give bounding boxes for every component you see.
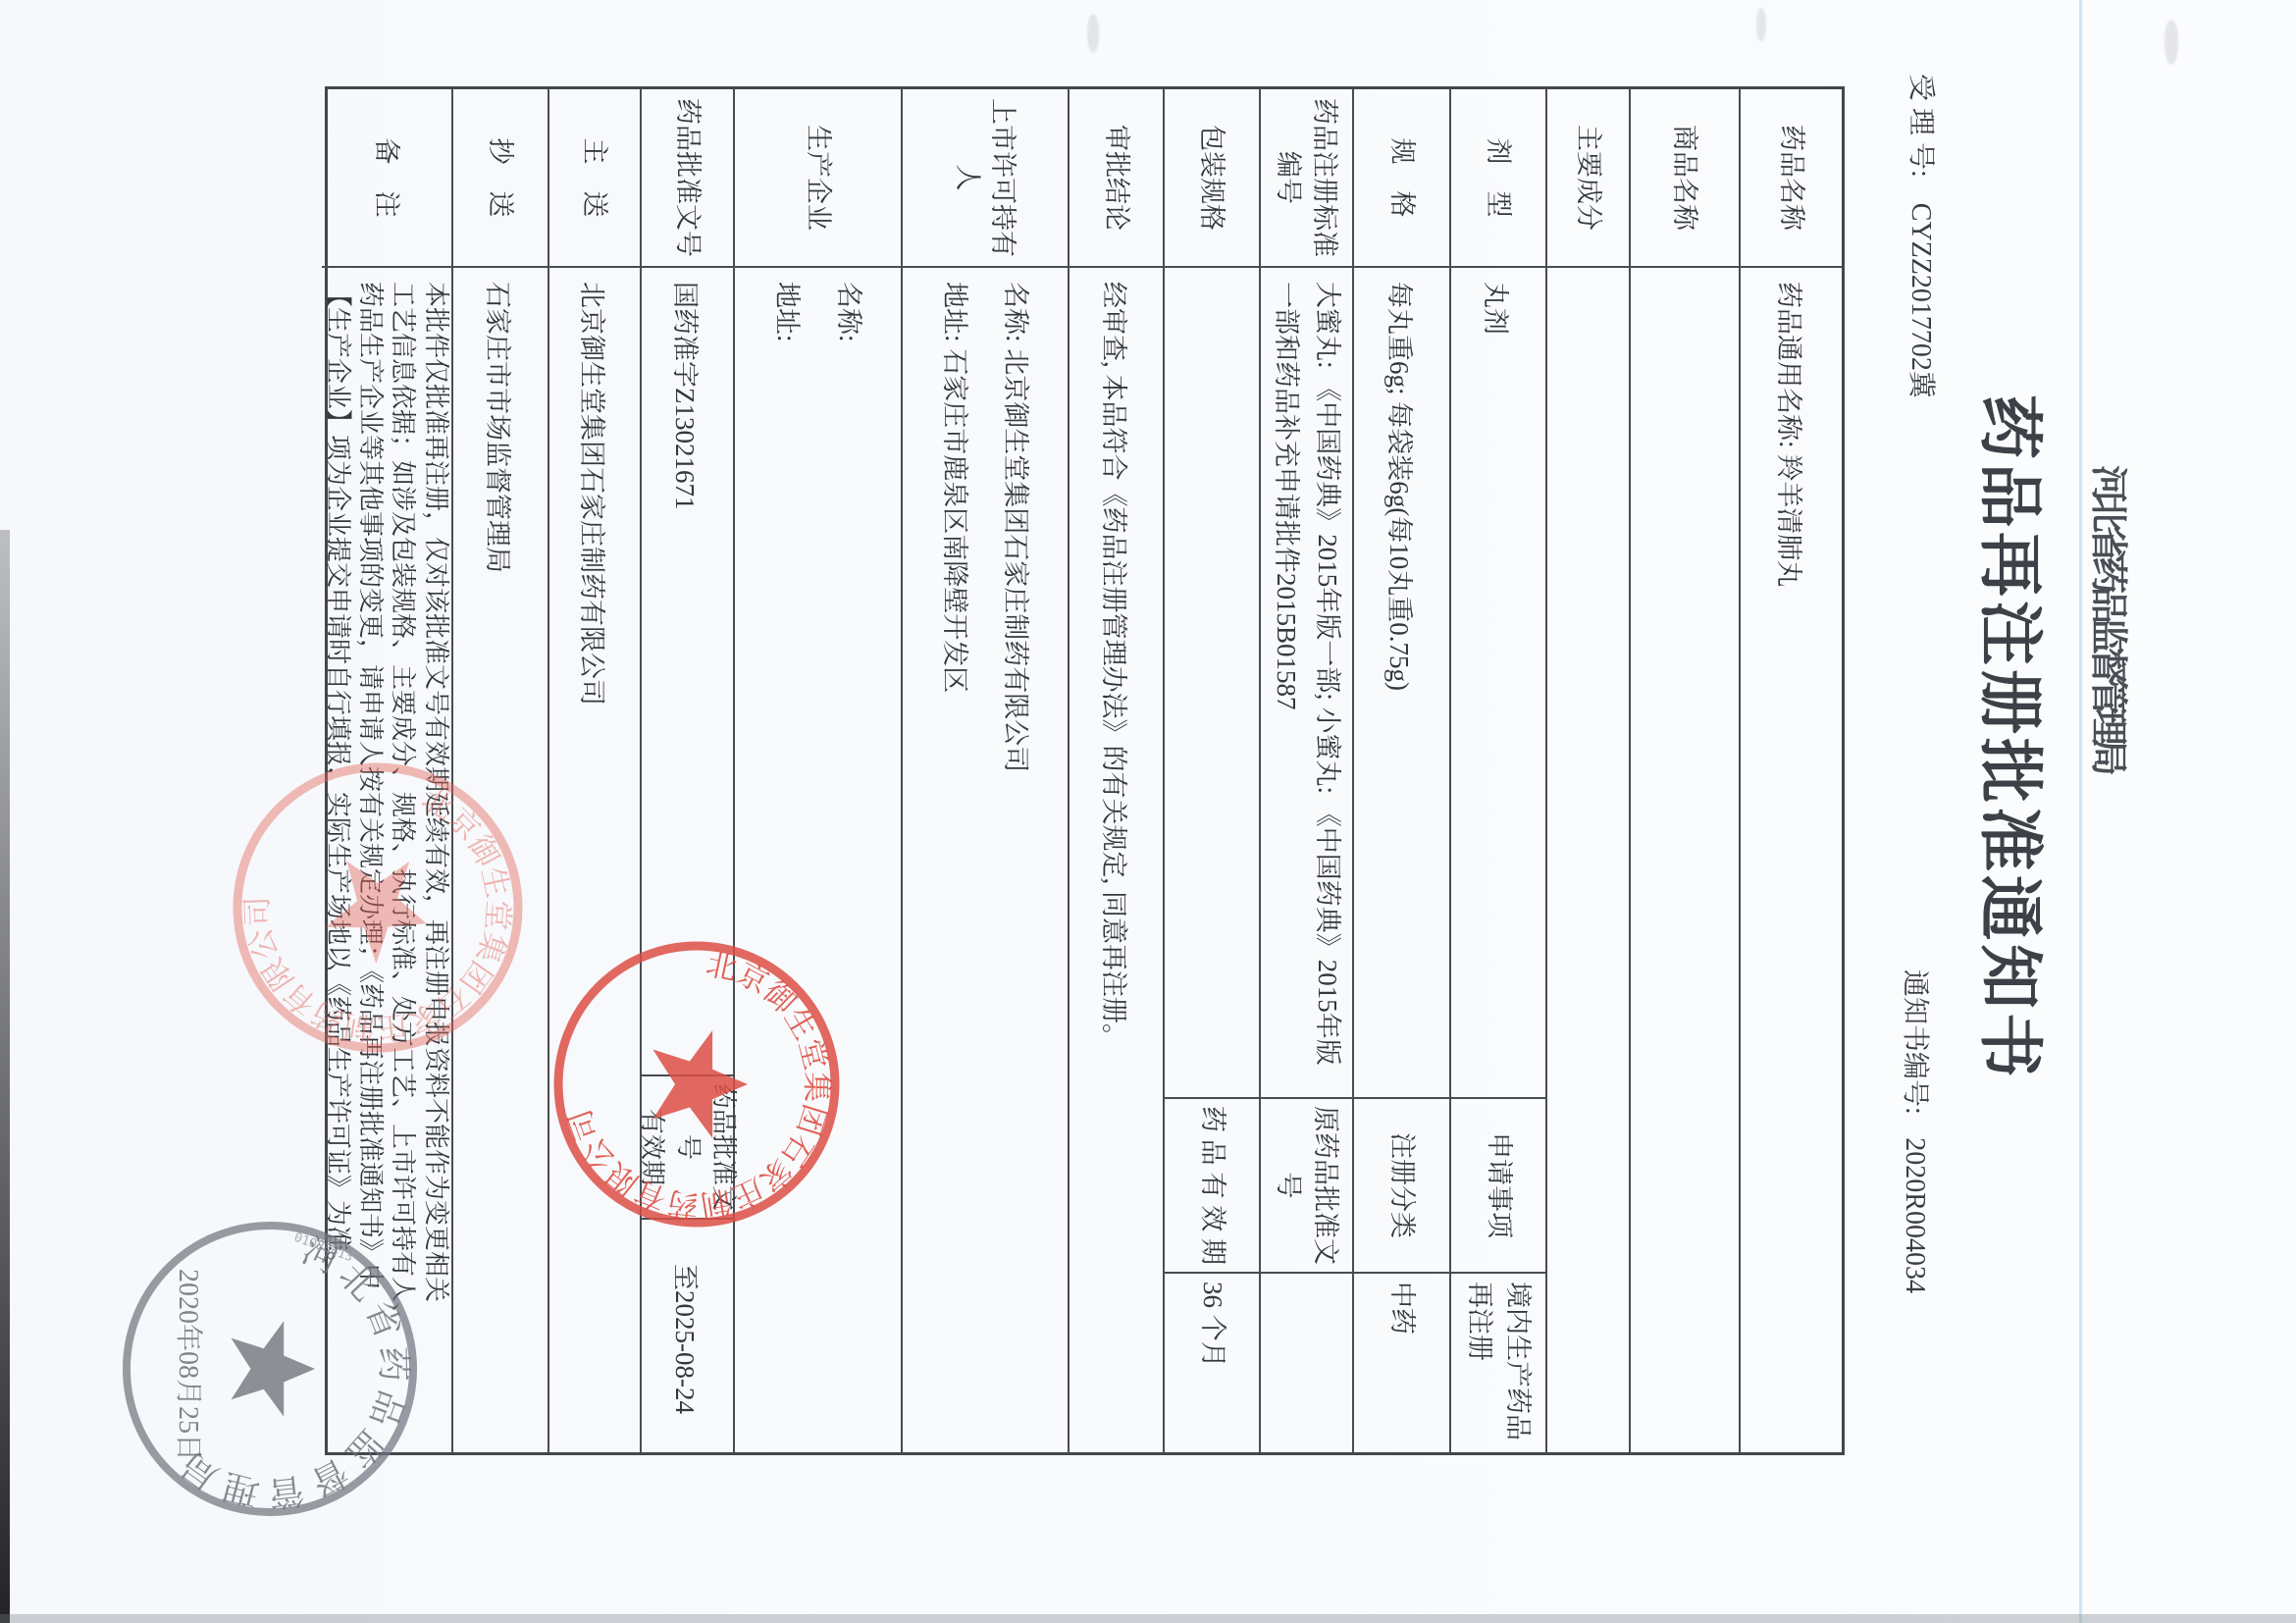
manufacturer-name: 名称:: [818, 282, 879, 342]
bureau-seal-date: 2020年08月25日: [173, 1269, 204, 1461]
row-label: 备 注: [322, 89, 451, 268]
row-label: 剂 型: [1451, 89, 1545, 268]
license-holder-value: 名称: 北京御生堂集团石家庄制药有限公司 地址: 石家庄市鹿泉区南降壁开发区: [903, 268, 1068, 1458]
row-label: 主要成分: [1547, 89, 1629, 268]
star-icon: [652, 1030, 748, 1138]
row-label: 包装规格: [1165, 89, 1259, 268]
holder-address: 地址: 石家庄市鹿泉区南降壁开发区: [924, 282, 985, 693]
registration-class-value: 中药: [1354, 1274, 1449, 1458]
manufacturer-value: 名称: 地址:: [735, 268, 901, 1458]
registration-class-label: 注册分类: [1354, 1097, 1449, 1274]
scan-artifact-streak: [2079, 0, 2082, 1623]
specification-value: 每丸重6g; 每袋装6g(每10丸重0.75g): [1354, 268, 1449, 1097]
standard-number-value: 大蜜丸: 《中国药典》2015年版一部; 小蜜丸: 《中国药典》2015年版一部…: [1261, 268, 1352, 1097]
application-item-label: 申请事项: [1451, 1097, 1545, 1274]
scan-artifact-smudge: [1087, 14, 1099, 53]
row-label: 规 格: [1354, 89, 1449, 268]
original-approval-number-value: [1261, 1274, 1352, 1458]
company-seal-stamp: 北京御生堂集团石家庄制药有限公司: [545, 932, 849, 1236]
table-row-approval-conclusion: 审批结论 经审查, 本品符合《药品注册管理办法》的有关规定, 同意再注册。: [1070, 89, 1165, 1452]
row-label: 上市许可持有人: [903, 89, 1068, 268]
row-label: 商品名称: [1631, 89, 1739, 268]
table-row-license-holder: 上市许可持有人 名称: 北京御生堂集团石家庄制药有限公司 地址: 石家庄市鹿泉区…: [903, 89, 1070, 1452]
table-row-package-spec: 包装规格 药 品 有 效 期 36 个月: [1165, 89, 1261, 1452]
trade-name-value: [1631, 268, 1739, 1458]
scan-artifact-right-edge: [0, 1614, 2296, 1623]
package-spec-value: [1165, 268, 1259, 1097]
star-icon: [320, 843, 444, 974]
notice-number-label: 通知书编号:: [1900, 969, 1930, 1115]
bureau-seal-stamp: 河北省药品监督管理局 2020年08月25日 01088613: [113, 1212, 427, 1526]
scan-artifact-smudge: [1756, 8, 1766, 41]
table-row-specification: 规 格 每丸重6g; 每袋装6g(每10丸重0.75g) 注册分类 中药: [1354, 89, 1451, 1452]
approval-number-validity-value: 至2025-08-24: [642, 1220, 733, 1458]
drug-generic-name: 药品通用名称: 羚羊清肺丸: [1741, 268, 1842, 1458]
scan-artifact-smudge: [2165, 20, 2178, 65]
acceptance-number-value: CYZZ2017702冀: [1905, 203, 1936, 398]
approval-conclusion-value: 经审查, 本品符合《药品注册管理办法》的有关规定, 同意再注册。: [1070, 268, 1163, 1458]
scan-artifact-bottom-edge: [0, 530, 10, 1623]
table-row-trade-name: 商品名称: [1631, 89, 1741, 1452]
document-title: 药品再注册批准通知书: [1969, 394, 2062, 1121]
row-label: 抄 送: [453, 89, 548, 268]
application-item-value: 境内生产药品再注册: [1451, 1274, 1545, 1458]
main-ingredients-value: [1547, 268, 1629, 1458]
main-recipient-value: 北京御生堂集团石家庄制药有限公司: [549, 268, 640, 1458]
table-row-standard-number: 药品注册标准编号 大蜜丸: 《中国药典》2015年版一部; 小蜜丸: 《中国药典…: [1261, 89, 1354, 1452]
row-label: 药品名称: [1741, 89, 1842, 268]
table-row-main-ingredients: 主要成分: [1547, 89, 1631, 1452]
registration-table: 药品名称 药品通用名称: 羚羊清肺丸 商品名称 主要成分 剂 型 丸剂 申请事项…: [325, 86, 1845, 1455]
table-row-approval-number: 药品批准文号 国药准字Z13021671 药品批准文号有效期 至2025-08-…: [642, 89, 735, 1452]
star-icon: [232, 1321, 316, 1416]
table-row-manufacturer: 生产企业 名称: 地址:: [735, 89, 903, 1452]
scanned-document-page: 河北省药品监督管理局 药品再注册批准通知书 受 理 号: CYZZ2017702…: [0, 0, 2296, 1623]
row-label: 主 送: [549, 89, 640, 268]
acceptance-number-label: 受 理 号:: [1905, 74, 1936, 178]
shelf-life-value: 36 个月: [1165, 1274, 1259, 1458]
table-row-cc-recipient: 抄 送 石家庄市市场监督管理局: [453, 89, 549, 1452]
holder-name: 名称: 北京御生堂集团石家庄制药有限公司: [985, 282, 1046, 772]
notice-number-line: 通知书编号: 2020R004034: [1898, 969, 1937, 1293]
row-label: 药品批准文号: [642, 89, 733, 268]
table-row-dosage-form: 剂 型 丸剂 申请事项 境内生产药品再注册: [1451, 89, 1547, 1452]
acceptance-number-line: 受 理 号: CYZZ2017702冀: [1904, 74, 1943, 398]
agency-title: 河北省药品监督管理局: [2085, 465, 2139, 789]
row-label: 药品注册标准编号: [1261, 89, 1352, 268]
table-row-drug-name: 药品名称 药品通用名称: 羚羊清肺丸: [1741, 89, 1842, 1452]
row-label: 生产企业: [735, 89, 901, 268]
manufacturer-address: 地址:: [757, 282, 817, 342]
shelf-life-label: 药 品 有 效 期: [1165, 1097, 1259, 1274]
original-approval-number-label: 原药品批准文号: [1261, 1097, 1352, 1274]
notice-number-value: 2020R004034: [1900, 1137, 1930, 1293]
table-row-main-recipient: 主 送 北京御生堂集团石家庄制药有限公司: [549, 89, 642, 1452]
row-label: 审批结论: [1070, 89, 1163, 268]
dosage-form-value: 丸剂: [1451, 268, 1545, 1097]
